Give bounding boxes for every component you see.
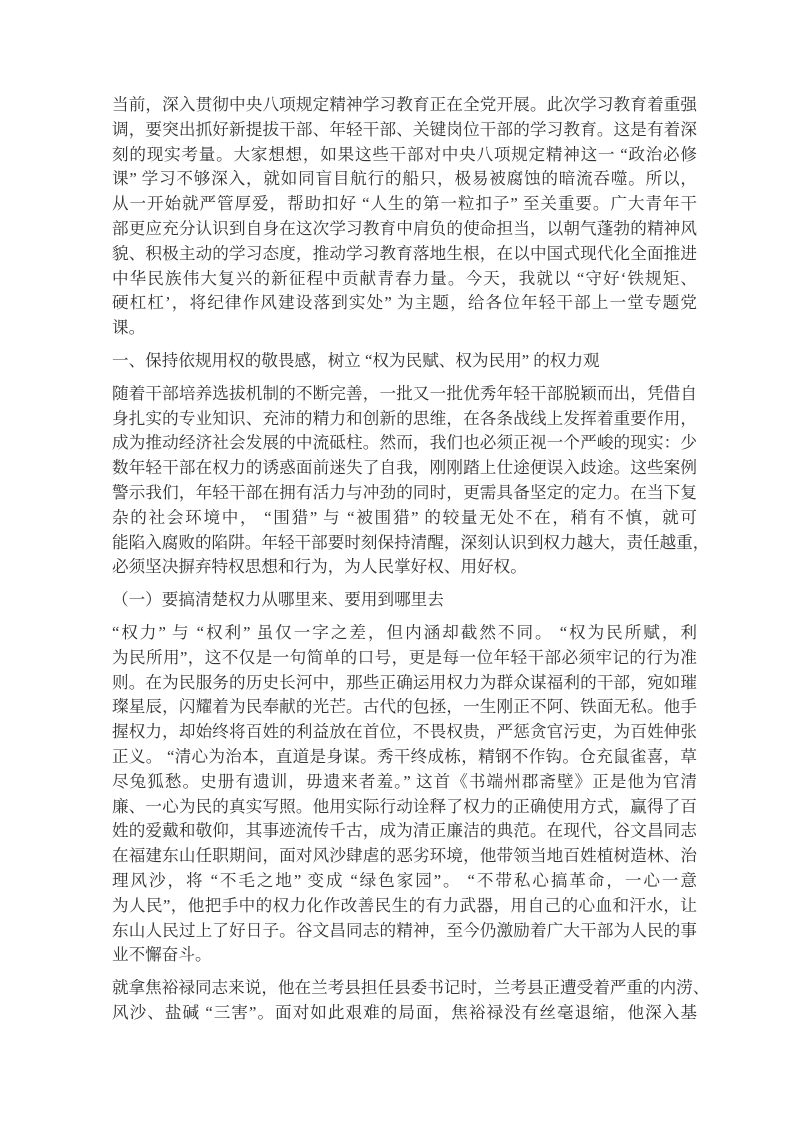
text-line: 数年轻干部在权力的诱惑面前迷失了自我，刚刚踏上仕途便误入歧途。这些案例	[112, 456, 697, 481]
text-line: 中华民族伟大复兴的新征程中贡献青春力量。今天，我就以 “守好‘铁规矩、	[112, 267, 697, 292]
text-line: 业不懈奋斗。	[112, 943, 697, 968]
text-line: 身扎实的专业知识、充沛的精力和创新的思维，在各条战线上发挥着重要作用，	[112, 407, 697, 432]
text-line: 部更应充分认识到自身在这次学习教育中肩负的使命担当，以朝气蓬勃的精神风	[112, 217, 697, 242]
text-line: 从一开始就严管厚爱，帮助扣好 “人生的第一粒扣子” 至关重要。广大青年干	[112, 192, 697, 217]
text-line: 正义。 “清心为治本，直道是身谋。秀干终成栋，精钢不作钩。仓充鼠雀喜，草	[112, 745, 697, 770]
text-line: 刻的现实考量。大家想想，如果这些干部对中央八项规定精神这一 “政治必修	[112, 143, 697, 168]
text-line: 姓的爱戴和敬仰，其事迹流传千古，成为清正廉洁的典范。在现代，谷文昌同志	[112, 819, 697, 844]
text-line: 尽兔狐愁。史册有遗训，毋遗来者羞。” 这首《书端州郡斋壁》正是他为官清	[112, 770, 697, 795]
text-line: 为人民”，他把手中的权力化作改善民生的有力武器，用自己的心血和汗水，让	[112, 894, 697, 919]
text-line: 随着干部培养选拔机制的不断完善，一批又一批优秀年轻干部脱颖而出，凭借自	[112, 382, 697, 407]
text-line: “权力” 与 “权利” 虽仅一字之差，但内涵却截然不同。 “权为民所赋，利	[112, 621, 697, 646]
subsection-heading: （一）要搞清楚权力从哪里来、要用到哪里去	[112, 588, 697, 613]
text-line: 璨星辰，闪耀着为民奉献的光芒。古代的包拯，一生刚正不阿、铁面无私。他手	[112, 695, 697, 720]
paragraph: 随着干部培养选拔机制的不断完善，一批又一批优秀年轻干部脱颖而出，凭借自身扎实的专…	[112, 382, 697, 580]
text-line: 在福建东山任职期间，面对风沙肆虐的恶劣环境，他带领当地百姓植树造林、治	[112, 844, 697, 869]
text-line: 课” 学习不够深入，就如同盲目航行的船只，极易被腐蚀的暗流吞噬。所以，	[112, 167, 697, 192]
paragraph: 当前，深入贯彻中央八项规定精神学习教育正在全党开展。此次学习教育着重强调，要突出…	[112, 93, 697, 341]
text-line: 理风沙，将 “不毛之地” 变成 “绿色家园”。 “不带私心搞革命，一心一意	[112, 869, 697, 894]
text-line: 警示我们，年轻干部在拥有活力与冲劲的同时，更需具备坚定的定力。在当下复	[112, 481, 697, 506]
paragraph: “权力” 与 “权利” 虽仅一字之差，但内涵却截然不同。 “权为民所赋，利为民所…	[112, 621, 697, 968]
text-line: 杂的社会环境中， “围猎” 与 “被围猎” 的较量无处不在，稍有不慎，就可	[112, 506, 697, 531]
text-line: 成为推动经济社会发展的中流砥柱。然而，我们也必须正视一个严峻的现实：少	[112, 431, 697, 456]
section-heading: 一、保持依规用权的敬畏感，树立 “权为民赋、权为民用” 的权力观	[112, 349, 697, 374]
text-line: 调，要突出抓好新提拔干部、年轻干部、关键岗位干部的学习教育。这是有着深	[112, 118, 697, 143]
text-line: 一、保持依规用权的敬畏感，树立 “权为民赋、权为民用” 的权力观	[112, 349, 697, 374]
text-line: 必须坚决摒弃特权思想和行为，为人民掌好权、用好权。	[112, 555, 697, 580]
text-line: 握权力，却始终将百姓的利益放在首位，不畏权贵，严惩贪官污吏，为百姓伸张	[112, 720, 697, 745]
text-line: 东山人民过上了好日子。谷文昌同志的精神，至今仍激励着广大干部为人民的事	[112, 919, 697, 944]
text-line: 廉、一心为民的真实写照。他用实际行动诠释了权力的正确使用方式，赢得了百	[112, 795, 697, 820]
paragraph: 就拿焦裕禄同志来说，他在兰考县担任县委书记时，兰考县正遭受着严重的内涝、风沙、盐…	[112, 976, 697, 1026]
text-line: 风沙、盐碱 “三害”。面对如此艰难的局面，焦裕禄没有丝毫退缩，他深入基	[112, 1001, 697, 1026]
text-line: 就拿焦裕禄同志来说，他在兰考县担任县委书记时，兰考县正遭受着严重的内涝、	[112, 976, 697, 1001]
text-line: 为民所用”，这不仅是一句简单的口号，更是每一位年轻干部必须牢记的行为准	[112, 646, 697, 671]
text-line: （一）要搞清楚权力从哪里来、要用到哪里去	[112, 588, 697, 613]
text-line: 课。	[112, 316, 697, 341]
text-line: 当前，深入贯彻中央八项规定精神学习教育正在全党开展。此次学习教育着重强	[112, 93, 697, 118]
text-line: 硬杠杠’，将纪律作风建设落到实处” 为主题，给各位年轻干部上一堂专题党	[112, 291, 697, 316]
document-page-text: 当前，深入贯彻中央八项规定精神学习教育正在全党开展。此次学习教育着重强调，要突出…	[112, 93, 697, 1034]
text-line: 则。在为民服务的历史长河中，那些正确运用权力为群众谋福利的干部，宛如璀	[112, 671, 697, 696]
text-line: 貌、积极主动的学习态度，推动学习教育落地生根，在以中国式现代化全面推进	[112, 242, 697, 267]
text-line: 能陷入腐败的陷阱。年轻干部要时刻保持清醒，深刻认识到权力越大，责任越重，	[112, 531, 697, 556]
